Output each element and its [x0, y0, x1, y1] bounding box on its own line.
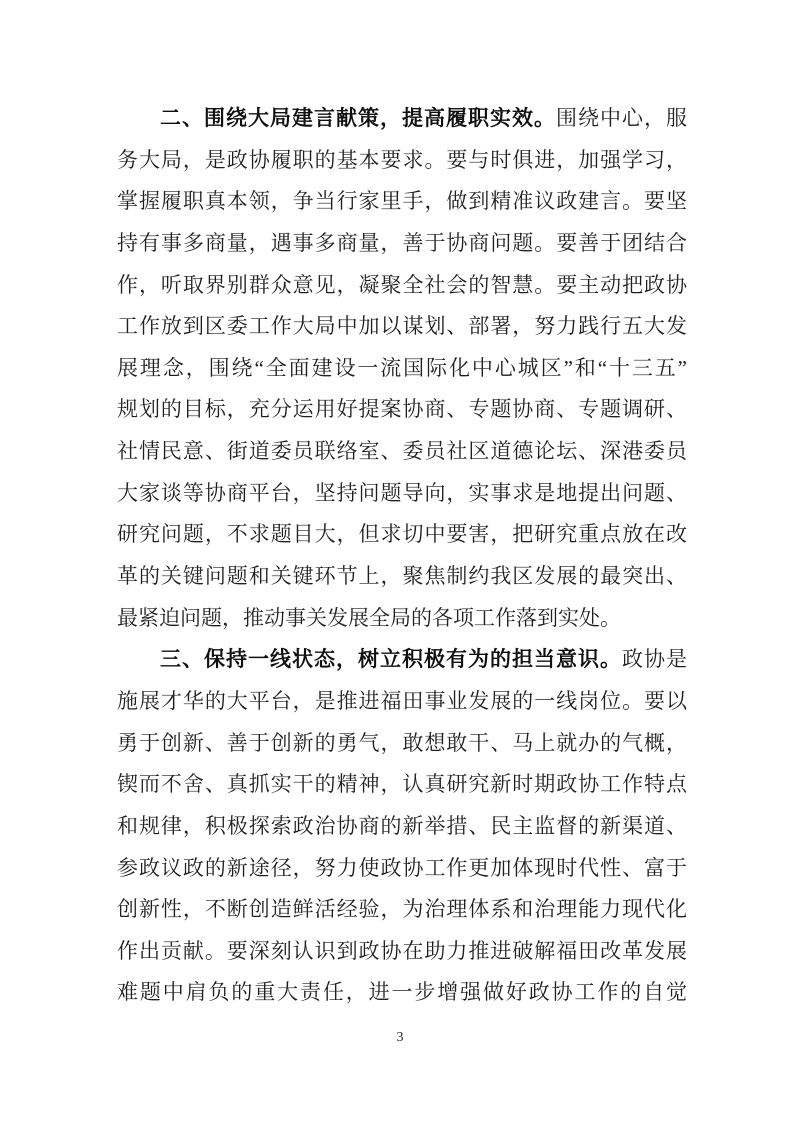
text-line: 难题中肩负的重大责任，进一步增强做好政协工作的自觉	[117, 972, 687, 1014]
body-text: 最紧迫问题，推动事关发展全局的各项工作落到实处。	[117, 606, 621, 630]
text-line: 最紧迫问题，推动事关发展全局的各项工作落到实处。	[117, 598, 687, 640]
body-text: 围绕中心，服	[556, 106, 687, 130]
body-text: 持有事多商量，遇事多商量，善于协商问题。要善于团结合	[117, 231, 687, 255]
text-line: 规划的目标，充分运用好提案协商、专题协商、专题调研、	[117, 389, 687, 431]
text-line: 社情民意、街道委员联络室、委员社区道德论坛、深港委员	[117, 431, 687, 473]
text-line: 施展才华的大平台，是推进福田事业发展的一线岗位。要以	[117, 681, 687, 723]
text-line: 和规律，积极探索政治协商的新举措、民主监督的新渠道、	[117, 806, 687, 848]
body-text: 展理念，围绕“全面建设一流国际化中心城区”和“十三五”	[117, 356, 687, 380]
section-heading-text: 二、围绕大局建言献策，提高履职实效。	[160, 106, 556, 130]
body-text: 锲而不舍、真抓实干的精神，认真研究新时期政协工作特点	[117, 772, 687, 796]
body-text: 施展才华的大平台，是推进福田事业发展的一线岗位。要以	[117, 689, 687, 713]
text-line: 持有事多商量，遇事多商量，善于协商问题。要善于团结合	[117, 223, 687, 265]
body-text: 作，听取界别群众意见，凝聚全社会的智慧。要主动把政协	[117, 273, 687, 297]
text-line: 革的关键问题和关键环节上，聚焦制约我区发展的最突出、	[117, 556, 687, 598]
body-text: 难题中肩负的重大责任，进一步增强做好政协工作的自觉	[117, 980, 687, 1004]
text-line: 展理念，围绕“全面建设一流国际化中心城区”和“十三五”	[117, 348, 687, 390]
text-line: 大家谈等协商平台，坚持问题导向，实事求是地提出问题、	[117, 473, 687, 515]
body-text: 革的关键问题和关键环节上，聚焦制约我区发展的最突出、	[117, 564, 687, 588]
body-text: 工作放到区委工作大局中加以谋划、部署，努力践行五大发	[117, 314, 687, 338]
body-text: 作出贡献。要深刻认识到政协在助力推进破解福田改革发展	[117, 939, 687, 963]
text-line: 作出贡献。要深刻认识到政协在助力推进破解福田改革发展	[117, 931, 687, 973]
text-line: 掌握履职真本领，争当行家里手，做到精准议政建言。要坚	[117, 181, 687, 223]
body-text: 勇于创新、善于创新的勇气，敢想敢干、马上就办的气概，	[117, 731, 687, 755]
text-line: 勇于创新、善于创新的勇气，敢想敢干、马上就办的气概，	[117, 723, 687, 765]
body-text: 务大局，是政协履职的基本要求。要与时俱进，加强学习，	[117, 148, 687, 172]
text-line: 参政议政的新途径，努力使政协工作更加体现时代性、富于	[117, 848, 687, 890]
text-line: 研究问题，不求题目大，但求切中要害，把研究重点放在改	[117, 514, 687, 556]
text-line: 锲而不舍、真抓实干的精神，认真研究新时期政协工作特点	[117, 764, 687, 806]
section-heading-text: 三、保持一线状态，树立积极有为的担当意识。	[160, 647, 622, 671]
body-text: 社情民意、街道委员联络室、委员社区道德论坛、深港委员	[117, 439, 687, 463]
paragraph-heading-line: 二、围绕大局建言献策，提高履职实效。围绕中心，服	[117, 98, 687, 140]
body-text: 规划的目标，充分运用好提案协商、专题协商、专题调研、	[117, 397, 687, 421]
document-body: 二、围绕大局建言献策，提高履职实效。围绕中心，服务大局，是政协履职的基本要求。要…	[117, 98, 687, 1014]
document-page: 二、围绕大局建言献策，提高履职实效。围绕中心，服务大局，是政协履职的基本要求。要…	[0, 0, 800, 1131]
text-line: 工作放到区委工作大局中加以谋划、部署，努力践行五大发	[117, 306, 687, 348]
text-line: 创新性，不断创造鲜活经验，为治理体系和治理能力现代化	[117, 889, 687, 931]
paragraph-heading-line: 三、保持一线状态，树立积极有为的担当意识。政协是	[117, 639, 687, 681]
body-text: 参政议政的新途径，努力使政协工作更加体现时代性、富于	[117, 856, 687, 880]
page-number: 3	[0, 1028, 800, 1048]
body-text: 政协是	[622, 647, 687, 671]
body-text: 研究问题，不求题目大，但求切中要害，把研究重点放在改	[117, 522, 687, 546]
text-line: 作，听取界别群众意见，凝聚全社会的智慧。要主动把政协	[117, 265, 687, 307]
body-text: 掌握履职真本领，争当行家里手，做到精准议政建言。要坚	[117, 189, 687, 213]
body-text: 大家谈等协商平台，坚持问题导向，实事求是地提出问题、	[117, 481, 687, 505]
text-line: 务大局，是政协履职的基本要求。要与时俱进，加强学习，	[117, 140, 687, 182]
body-text: 创新性，不断创造鲜活经验，为治理体系和治理能力现代化	[117, 897, 687, 921]
body-text: 和规律，积极探索政治协商的新举措、民主监督的新渠道、	[117, 814, 687, 838]
